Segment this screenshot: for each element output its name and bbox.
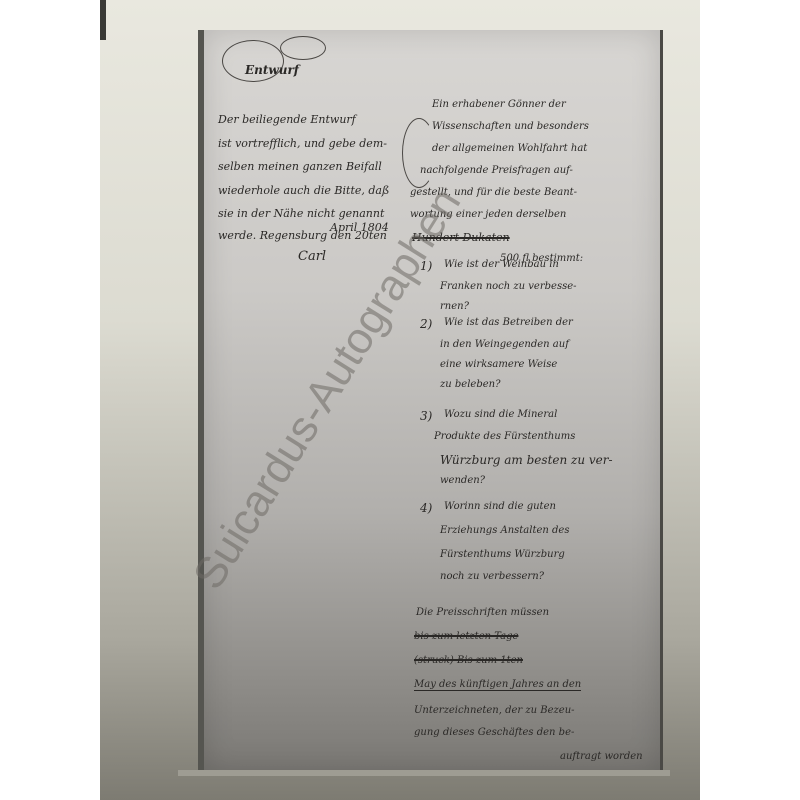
question-number: 3) [420,410,432,422]
question-line: Franken noch zu verbesse- [440,282,577,292]
question-number: 4) [420,502,432,514]
right-intro-line: nachfolgende Preisfragen auf- [420,166,573,176]
signature: Carl [298,250,326,263]
left-line: ist vortrefflich, und gebe dem- [218,138,387,149]
closing-line-struck: (struck) Bis zum 1ten [414,656,523,666]
closing-line: auftragt worden [560,752,643,762]
question-line: Würzburg am besten zu ver- [440,454,613,466]
closing-line: Unterzeichneten, der zu Bezeu- [414,706,575,716]
question-line: eine wirksamere Weise [440,360,557,370]
heading-flourish [280,36,326,60]
question-line: Produkte des Fürstenthums [434,432,575,442]
left-line: Der beiliegende Entwurf [218,114,356,125]
right-intro-line: Ein erhabener Gönner der [432,100,566,110]
question-line: noch zu verbessern? [440,572,544,582]
question-line: zu beleben? [440,380,500,390]
question-line: Erziehungs Anstalten des [440,526,569,536]
question-line: Worinn sind die guten [444,502,556,512]
question-line: Fürstenthums Würzburg [440,550,565,560]
left-line: sie in der Nähe nicht genannt [218,208,384,219]
question-line: Wie ist das Betreiben der [444,318,573,328]
question-number: 2) [420,318,432,330]
closing-line: Die Preisschriften müssen [416,608,549,618]
date-line: April 1804 [330,222,389,233]
initial-flourish [402,118,436,188]
question-line: in den Weingegenden auf [440,340,569,350]
question-line: rnen? [440,302,469,312]
closing-line-struck: bis zum letzten Tage [414,632,518,642]
mat-edge [178,770,670,776]
closing-line: gung dieses Geschäftes den be- [414,728,574,738]
question-line: Wozu sind die Mineral [444,410,557,420]
question-line: Wie ist der Weinbau in [444,260,559,270]
closing-line: May des künftigen Jahres an den [414,680,581,691]
question-line: wenden? [440,476,485,486]
left-line: selben meinen ganzen Beifall [218,161,382,172]
mat-shadow [100,0,106,40]
left-line: wiederhole auch die Bitte, daß [218,185,389,196]
right-intro-line: Wissenschaften und besonders [432,122,589,132]
heading: Entwurf [245,64,299,76]
right-intro-line: der allgemeinen Wohlfahrt hat [432,144,587,154]
